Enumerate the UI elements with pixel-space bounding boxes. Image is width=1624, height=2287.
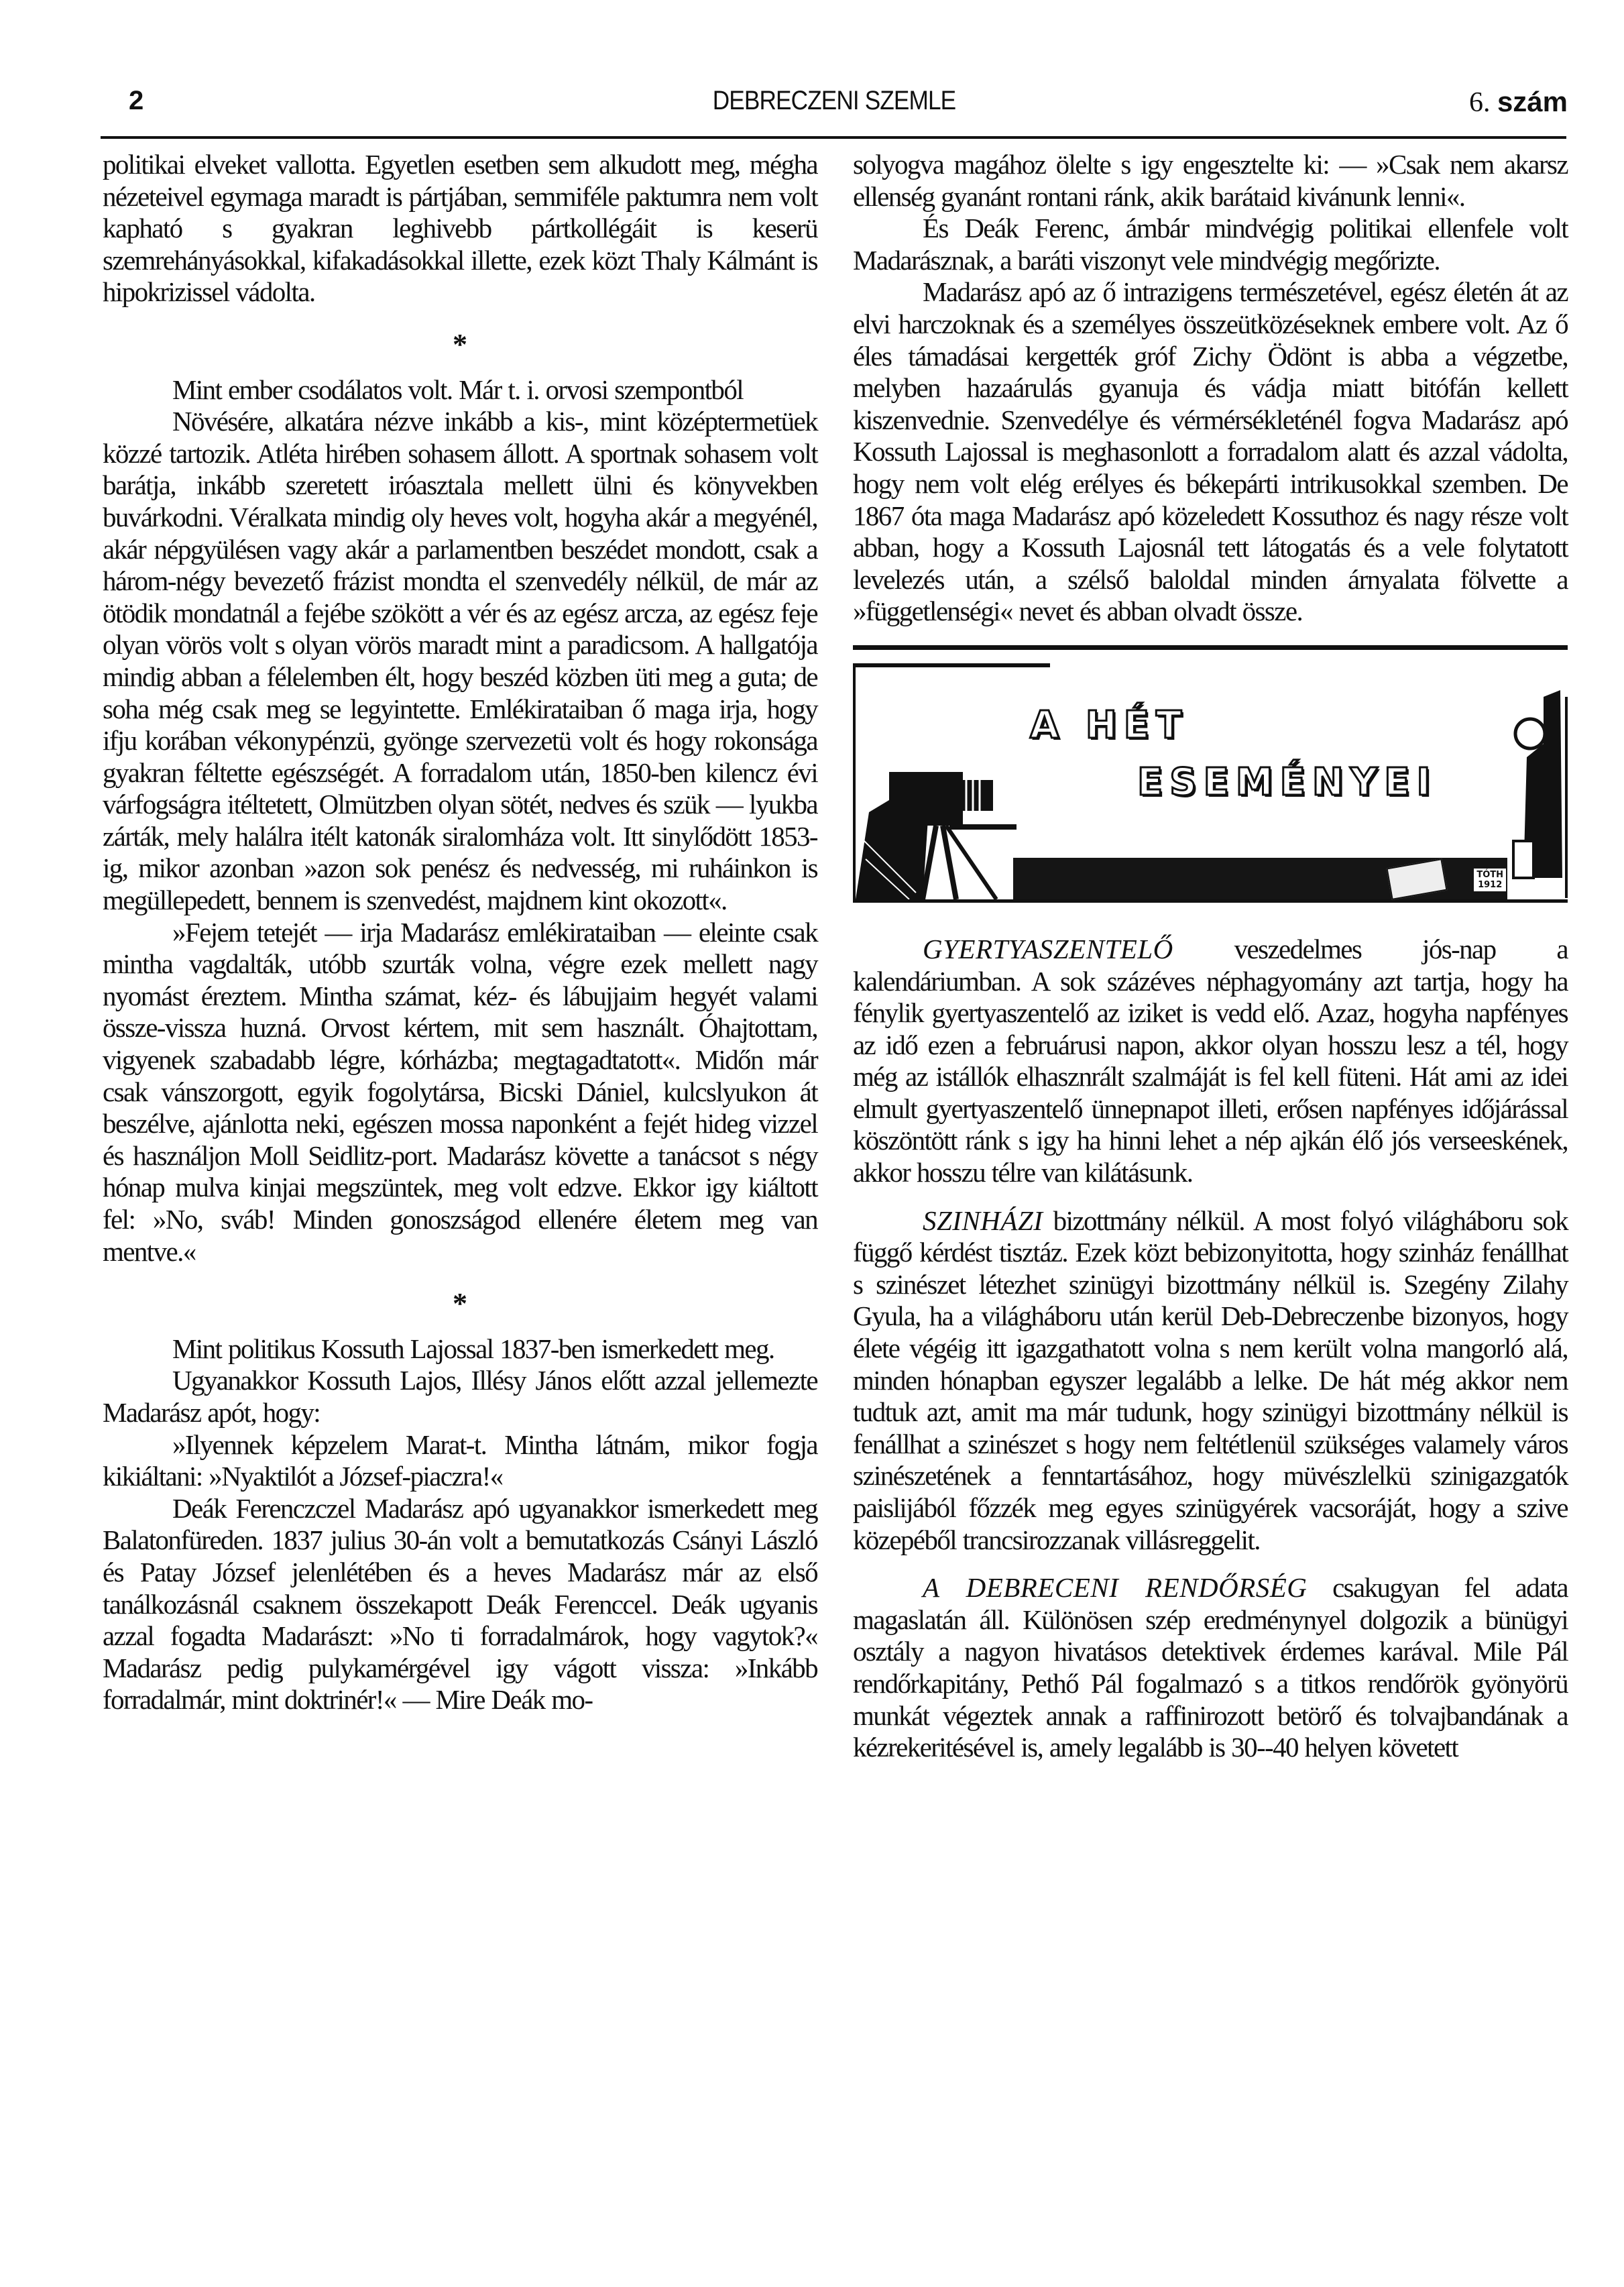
issue-number-value: 6.	[1469, 87, 1491, 118]
news-item: A DEBRECENI RENDŐRSÉG csakugyan fel adat…	[853, 1572, 1568, 1764]
news-item: SZINHÁZI bizottmány nélkül. A most folyó…	[853, 1205, 1568, 1557]
signature-year: 1912	[1476, 880, 1503, 890]
news-item-body: bizottmány nélkül. A most folyó világháb…	[853, 1205, 1568, 1555]
photographer-figure-illustration-icon	[1510, 677, 1564, 891]
header-rule	[101, 136, 1566, 139]
news-item: GYERTYASZENTELŐ veszedelmes jós-nap a ka…	[853, 934, 1568, 1189]
banner-frame-line	[856, 663, 1050, 667]
right-column: solyogva magához ölelte s igy engesztelt…	[853, 149, 1568, 1764]
section-rule	[853, 645, 1568, 650]
artist-signature: TÓTH 1912	[1474, 869, 1506, 891]
paragraph: Mint ember csodálatos volt. Már t. i. or…	[103, 374, 817, 406]
signature-name: TÓTH	[1476, 870, 1503, 880]
banner-frame-line	[1565, 697, 1568, 898]
paragraph: És Deák Ferenc, ámbár mindvégig politika…	[853, 213, 1568, 276]
paragraph: Deák Ferenczczel Madarász apó ugyanakkor…	[103, 1493, 817, 1716]
banner-title-line1: A HÉT	[1030, 704, 1188, 747]
camera-tripod-illustration-icon	[856, 738, 1023, 899]
news-item-body: veszedelmes jós-nap a kalendáriumban. A …	[853, 934, 1568, 1188]
paragraph: Növésére, alkatára nézve inkább a kis-, …	[103, 406, 817, 917]
paragraph: Mint politikus Kossuth Lajossal 1837-ben…	[103, 1333, 817, 1365]
banner-title-line2: ESEMÉNYEI	[1137, 761, 1437, 804]
section-divider-asterisk: *	[103, 329, 817, 361]
paper-icon	[1386, 858, 1447, 900]
issue-word: szám	[1497, 86, 1568, 117]
section-divider-asterisk: *	[103, 1288, 817, 1320]
news-item-lead: A DEBRECENI RENDŐRSÉG	[923, 1572, 1307, 1603]
paragraph: Madarász apó az ő intrazigens természeté…	[853, 276, 1568, 628]
page-header: 2 DEBRECZENI SZEMLE 6. szám	[101, 86, 1568, 131]
issue-number: 6. szám	[1469, 86, 1568, 119]
paragraph: solyogva magához ölelte s igy engesztelt…	[853, 149, 1568, 213]
weekly-events-banner: A HÉT ESEMÉNYEI TÓTH 1912	[853, 663, 1568, 903]
desk-illustration	[1013, 858, 1507, 899]
news-item-lead: GYERTYASZENTELŐ	[923, 934, 1173, 964]
left-column: politikai elveket vallotta. Egyetlen ese…	[103, 149, 817, 1716]
paragraph: politikai elveket vallotta. Egyetlen ese…	[103, 149, 817, 309]
paragraph: Ugyanakkor Kossuth Lajos, Illésy János e…	[103, 1365, 817, 1429]
news-item-lead: SZINHÁZI	[923, 1205, 1043, 1236]
page-number: 2	[129, 86, 143, 116]
paragraph: »Ilyennek képzelem Marat-t. Mintha látná…	[103, 1429, 817, 1493]
masthead-title: DEBRECZENI SZEMLE	[188, 86, 1479, 116]
paragraph: »Fejem tetejét — irja Madarász emlékirat…	[103, 917, 817, 1268]
